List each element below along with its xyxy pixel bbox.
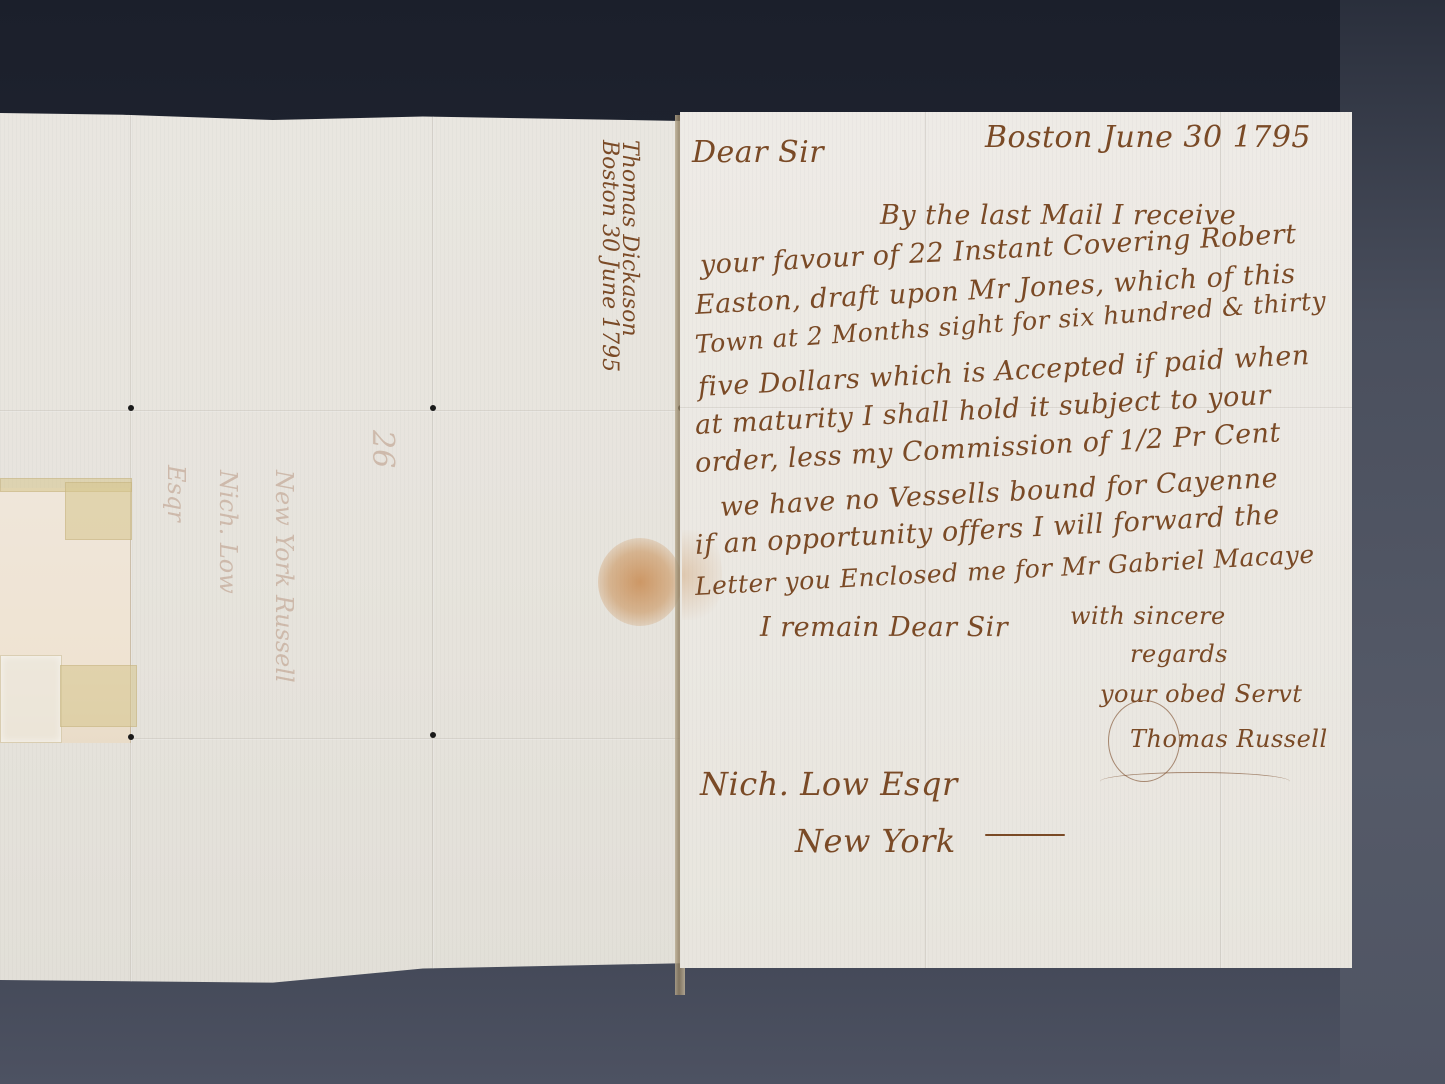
faint-bleed-text: New York xyxy=(270,470,298,588)
signature-underline xyxy=(1100,772,1290,791)
tape-strip xyxy=(60,665,137,727)
addressee-city: New York xyxy=(795,822,956,860)
closing-phrase: regards xyxy=(1130,640,1228,668)
pin-hole xyxy=(430,405,436,411)
closing-line: I remain Dear Sir xyxy=(760,612,1008,643)
faint-bleed-text: Russell xyxy=(270,595,298,683)
signature: Thomas Russell xyxy=(1130,725,1328,753)
pin-hole xyxy=(128,734,134,740)
pin-hole xyxy=(430,732,436,738)
faint-numeral: 26 xyxy=(365,430,400,468)
place-date: Boston June 30 1795 xyxy=(985,120,1311,155)
faint-bleed-text: Esqr xyxy=(162,465,190,522)
tape-strip xyxy=(65,482,132,540)
underline-dash xyxy=(985,834,1065,836)
addressee: Nich. Low Esqr xyxy=(700,765,958,803)
foxing-stain xyxy=(598,538,682,626)
closing-phrase: with sincere xyxy=(1070,602,1226,630)
tape-strip xyxy=(0,655,62,743)
docket-date: Boston 30 June 1795 xyxy=(597,140,622,372)
salutation: Dear Sir xyxy=(692,135,824,170)
pin-hole xyxy=(128,405,134,411)
fold-line xyxy=(0,410,682,412)
fold-line xyxy=(432,113,434,995)
faint-bleed-text: Nich. Low xyxy=(214,470,242,594)
backdrop-right xyxy=(1340,0,1445,1084)
